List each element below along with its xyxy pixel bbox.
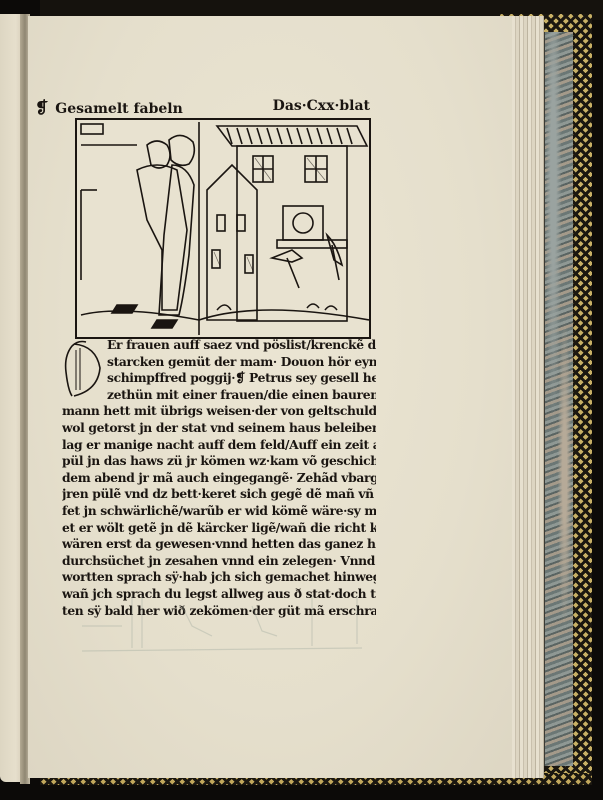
running-head-left: ❡ Gesamelt fabeln: [35, 98, 183, 117]
text-line: wol getorst jn der stat vnd seinem haus …: [62, 420, 376, 437]
running-head-left-text: Gesamelt fabeln: [55, 101, 182, 117]
text-line: wären erst da gewesen·vnnd hetten das ga…: [62, 536, 376, 553]
page-edges: [512, 16, 544, 778]
show-through-image-icon: [82, 596, 382, 656]
woodcut-image-icon: [77, 120, 369, 337]
text-line: pül jn das haws zü jr kömen wz·kam võ ge…: [62, 453, 376, 470]
folio-number: Das·Cxx·blat: [273, 98, 370, 114]
text-line: wortten sprach sÿ·hab jch sich gemachet …: [62, 569, 376, 586]
text-line: dem abend jr mã auch eingegangẽ· Zehãd v…: [62, 470, 376, 487]
text-line: mann hett mit übrigs weisen·der von gelt…: [62, 403, 376, 420]
pilcrow-icon: ❡: [35, 98, 48, 117]
marbled-endpaper: [544, 32, 573, 766]
text-line: fet jn schwärlichẽ/warũb er wid kömẽ wär…: [62, 503, 376, 520]
text-line: schimpffred poggij·❡ Petrus sey gesell h…: [62, 370, 376, 387]
woodcut-illustration: [75, 118, 371, 339]
text-line: et er wölt getẽ jn dẽ kärcker ligẽ/wañ d…: [62, 520, 376, 537]
text-line: durchsüchet jn zesahen vnnd ein zelegen·…: [62, 553, 376, 570]
text-line: lag er manige nacht auff dem feld/Auff e…: [62, 437, 376, 454]
body-text: Er frauen auff saez vnd pöslist/krenckẽ …: [62, 337, 376, 619]
show-through-woodcut: [82, 596, 382, 656]
running-head: ❡ Gesamelt fabeln Das·Cxx·blat: [35, 98, 370, 120]
text-line: zethün mit einer frauen/die einen bauren…: [62, 387, 376, 404]
text-line: starcken gemüt der mam· Douon hör eyn: [62, 354, 376, 371]
text-line: jren pülẽ vnd dz bett·keret sich gegẽ dẽ…: [62, 486, 376, 503]
text-line: Er frauen auff saez vnd pöslist/krenckẽ …: [62, 337, 376, 354]
